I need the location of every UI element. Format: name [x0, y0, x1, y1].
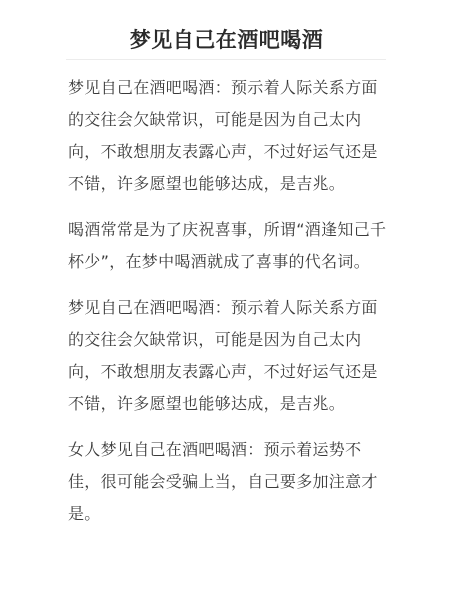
paragraph: 梦见自己在酒吧喝酒：预示着人际关系方面的交往会欠缺常识，可能是因为自己太内向，不…	[68, 292, 388, 420]
paragraph: 梦见自己在酒吧喝酒：预示着人际关系方面的交往会欠缺常识，可能是因为自己太内向，不…	[68, 72, 388, 200]
article-body: 梦见自己在酒吧喝酒：预示着人际关系方面的交往会欠缺常识，可能是因为自己太内向，不…	[68, 72, 388, 530]
article-page: 梦见自己在酒吧喝酒 梦见自己在酒吧喝酒：预示着人际关系方面的交往会欠缺常识，可能…	[0, 0, 453, 600]
paragraph: 喝酒常常是为了庆祝喜事，所谓“酒逢知己千杯少”，在梦中喝酒就成了喜事的代名词。	[68, 214, 388, 278]
title-divider	[66, 59, 386, 60]
article-title: 梦见自己在酒吧喝酒	[0, 24, 453, 56]
paragraph: 女人梦见自己在酒吧喝酒：预示着运势不佳，很可能会受骗上当，自己要多加注意才是。	[68, 434, 388, 530]
